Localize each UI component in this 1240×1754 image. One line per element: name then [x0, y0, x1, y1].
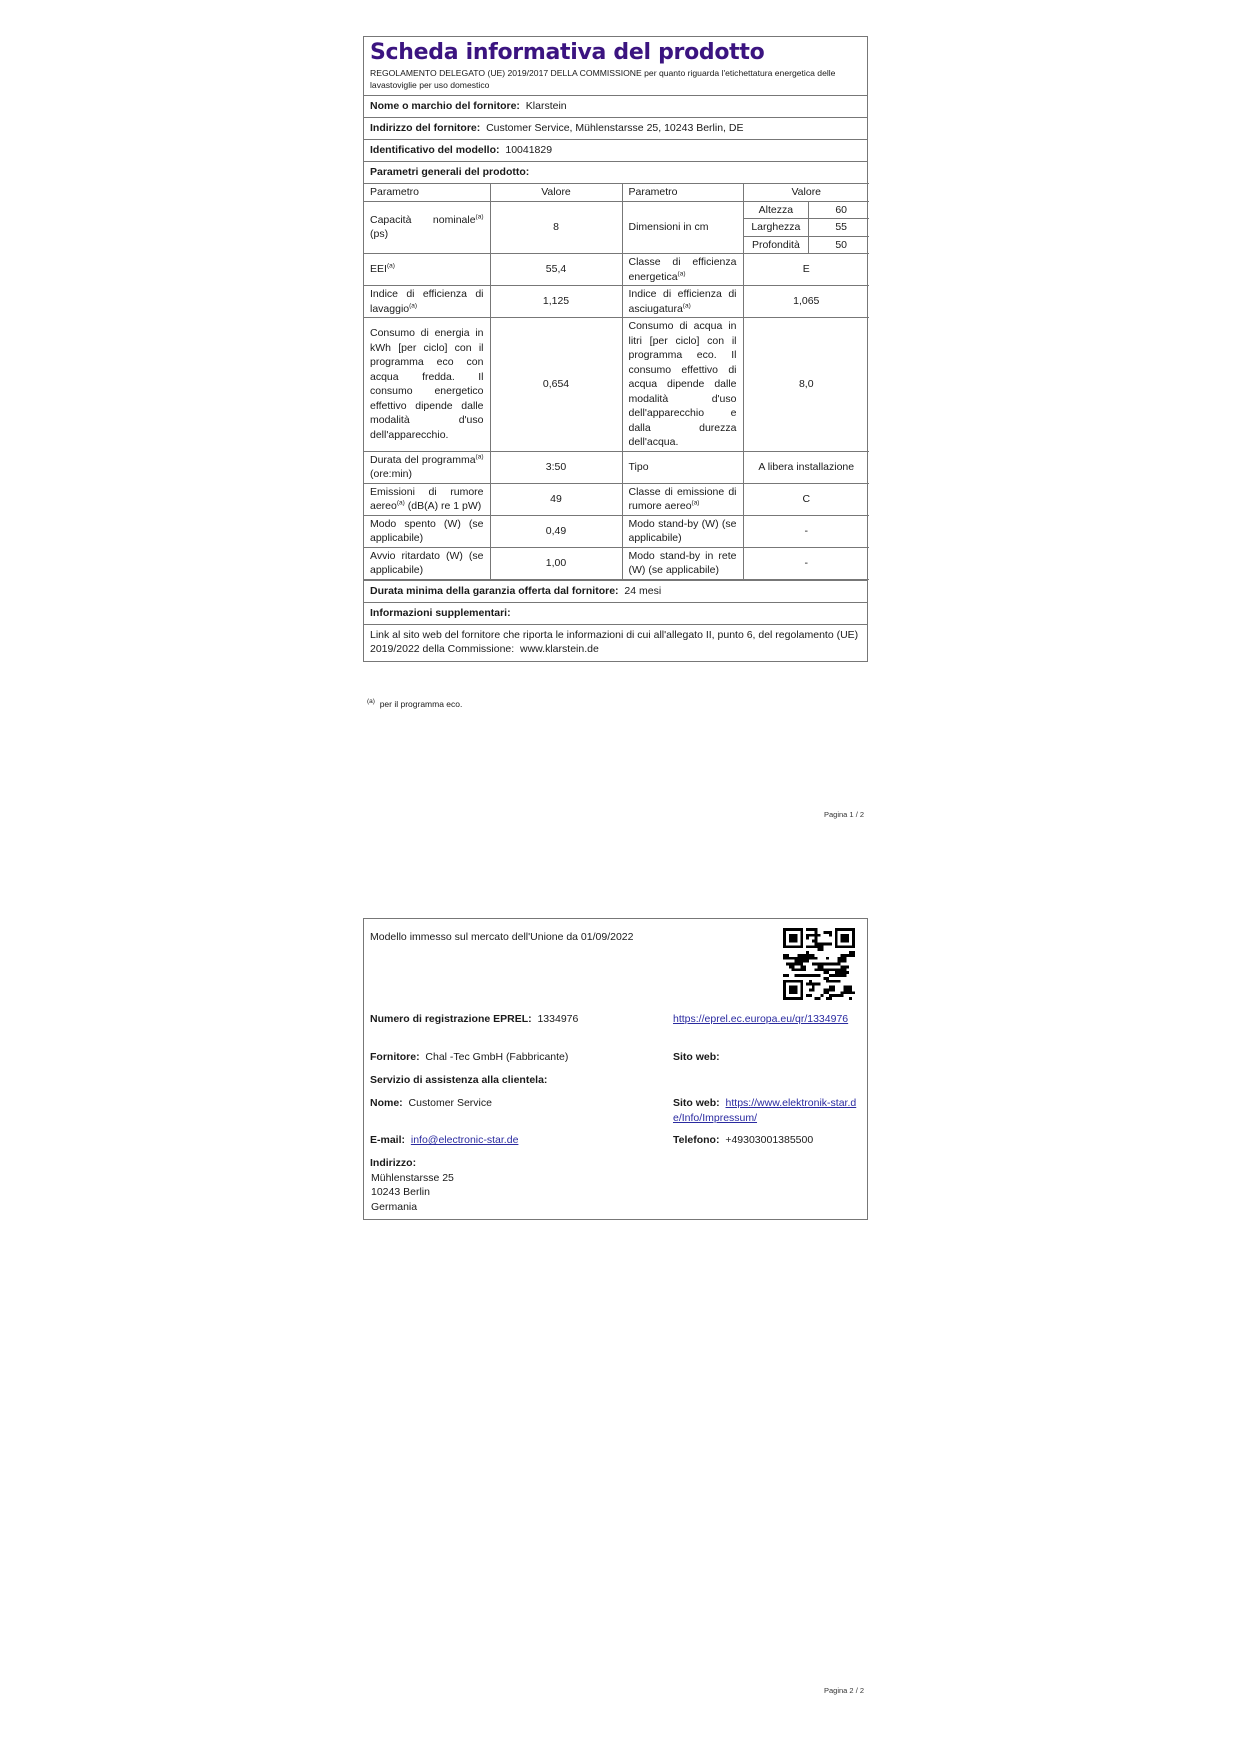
param-label: Indice di efficienza di lavaggio — [370, 288, 484, 315]
additional-info-row: Informazioni supplementari: — [364, 603, 867, 625]
header-value-1: Valore — [490, 184, 622, 202]
param-name-2: Modo stand-by in rete (W) (se applicabil… — [622, 547, 743, 579]
param-label: Durata del programma — [370, 454, 476, 466]
name-value: Customer Service — [409, 1097, 492, 1109]
param-name: Avvio ritardato (W) (se applicabile) — [364, 547, 490, 579]
dimension-label: Altezza — [744, 202, 809, 219]
supplier-label: Fornitore: — [370, 1051, 420, 1063]
email-link[interactable]: info@electronic-star.de — [411, 1134, 519, 1146]
param-label: Dimensioni in cm — [629, 221, 709, 233]
phone-value: +49303001385500 — [725, 1134, 813, 1146]
name-label: Nome: — [370, 1097, 403, 1109]
param-label: Consumo di energia in kWh [per ciclo] co… — [370, 327, 484, 441]
param-name-2: Tipo — [622, 451, 743, 483]
param-value: 0,49 — [490, 515, 622, 547]
market-date-text: Modello immesso sul mercato dell'Unione … — [370, 930, 633, 945]
footnote-ref: (a) — [692, 500, 700, 507]
param-name: Durata del programma(a) (ore:min) — [364, 451, 490, 483]
table-row: Capacità nominale(a) (ps)8Dimensioni in … — [364, 201, 869, 254]
eprel-row: Numero di registrazione EPREL: 1334976 — [370, 1012, 578, 1027]
header-value-2: Valore — [743, 184, 869, 202]
param-value-2: E — [743, 254, 869, 286]
supplier-address-label: Indirizzo del fornitore: — [370, 122, 480, 134]
param-value: 8 — [490, 201, 622, 254]
table-row: Avvio ritardato (W) (se applicabile)1,00… — [364, 547, 869, 579]
supplier-name-value: Klarstein — [526, 100, 567, 112]
header-param-2: Parametro — [622, 184, 743, 202]
param-value: 55,4 — [490, 254, 622, 286]
param-name-2: Consumo di acqua in litri [per ciclo] co… — [622, 318, 743, 452]
param-value-2: 1,065 — [743, 286, 869, 318]
page-title: Scheda informativa del prodotto — [364, 37, 867, 67]
table-row: Modo spento (W) (se applicabile)0,49Modo… — [364, 515, 869, 547]
supplier-name-label: Nome o marchio del fornitore: — [370, 100, 520, 112]
warranty-value: 24 mesi — [624, 585, 661, 597]
table-row: EEI(a)55,4Classe di efficienza energetic… — [364, 254, 869, 286]
footnote-mark: (a) — [367, 698, 375, 705]
eprel-label: Numero di registrazione EPREL: — [370, 1013, 532, 1025]
param-name-2: Modo stand-by (W) (se applicabile) — [622, 515, 743, 547]
dimensions-table: Altezza60Larghezza55Profondità50 — [744, 202, 870, 254]
param-value: 1,125 — [490, 286, 622, 318]
supplier-value: Chal -Tec GmbH (Fabbricante) — [425, 1051, 568, 1063]
param-label: Capacità nominale — [370, 214, 476, 226]
footnote-ref: (a) — [476, 213, 484, 220]
param-label: EEI — [370, 263, 387, 275]
dimension-row: Altezza60 — [744, 202, 870, 219]
dimension-row: Profondità50 — [744, 236, 870, 253]
website-row: Sito web: — [673, 1050, 720, 1065]
page-number-1: Pagina 1 / 2 — [824, 810, 864, 819]
param-value-2: - — [743, 515, 869, 547]
customer-service-label: Servizio di assistenza alla clientela: — [370, 1074, 547, 1086]
email-label: E-mail: — [370, 1134, 405, 1146]
supplier-name-row: Nome o marchio del fornitore: Klarstein — [364, 96, 867, 118]
regulation-text: REGOLAMENTO DELEGATO (UE) 2019/2017 DELL… — [364, 67, 867, 96]
param-label: Modo spento (W) (se applicabile) — [370, 518, 484, 545]
eprel-value: 1334976 — [537, 1013, 578, 1025]
supplier-row: Fornitore: Chal -Tec GmbH (Fabbricante) — [370, 1050, 568, 1065]
dimension-label: Profondità — [744, 236, 809, 253]
general-params-label: Parametri generali del prodotto: — [370, 166, 529, 178]
model-id-label: Identificativo del modello: — [370, 144, 500, 156]
param-value: 0,654 — [490, 318, 622, 452]
footnote: (a) per il programma eco. — [367, 699, 462, 709]
dimension-label: Larghezza — [744, 219, 809, 237]
supplier-link-url[interactable]: www.klarstein.de — [520, 643, 599, 655]
general-params-row: Parametri generali del prodotto: — [364, 162, 867, 183]
table-row: Durata del programma(a) (ore:min)3:50Tip… — [364, 451, 869, 483]
footnote-ref: (a) — [476, 453, 484, 460]
dimensions-cell: Altezza60Larghezza55Profondità50 — [743, 201, 869, 254]
param-name: Consumo di energia in kWh [per ciclo] co… — [364, 318, 490, 452]
dimension-value: 60 — [809, 202, 869, 219]
param-name: Indice di efficienza di lavaggio(a) — [364, 286, 490, 318]
supplier-address-row: Indirizzo del fornitore: Customer Servic… — [364, 118, 867, 140]
dimension-row: Larghezza55 — [744, 219, 870, 237]
param-label: Modo stand-by in rete (W) (se applicabil… — [629, 550, 737, 577]
model-id-value: 10041829 — [505, 144, 552, 156]
param-unit: (ps) — [370, 228, 388, 240]
param-value-2: C — [743, 483, 869, 515]
param-name: Capacità nominale(a) (ps) — [364, 201, 490, 254]
dimension-value: 50 — [809, 236, 869, 253]
param-label: Classe di emissione di rumore aereo — [629, 486, 737, 513]
cs-website-row: Sito web: https://www.elektronik-star.de… — [673, 1096, 858, 1125]
warranty-row: Durata minima della garanzia offerta dal… — [364, 580, 867, 603]
table-row: Indice di efficienza di lavaggio(a)1,125… — [364, 286, 869, 318]
param-value-2: 8,0 — [743, 318, 869, 452]
param-label: Avvio ritardato (W) (se applicabile) — [370, 550, 484, 577]
address-block: Indirizzo: Mühlenstarsse 25 10243 Berlin… — [370, 1156, 454, 1214]
model-id-row: Identificativo del modello: 10041829 — [364, 140, 867, 162]
param-name: Modo spento (W) (se applicabile) — [364, 515, 490, 547]
product-info-sheet: Scheda informativa del prodotto REGOLAME… — [363, 36, 868, 662]
email-row: E-mail: info@electronic-star.de — [370, 1133, 518, 1148]
dimension-value: 55 — [809, 219, 869, 237]
qr-code-icon[interactable] — [783, 928, 855, 1000]
param-label: Consumo di acqua in litri [per ciclo] co… — [629, 320, 737, 448]
name-row: Nome: Customer Service — [370, 1096, 492, 1111]
footnote-ref: (a) — [683, 302, 691, 309]
eprel-link[interactable]: https://eprel.ec.europa.eu/qr/1334976 — [673, 1013, 848, 1025]
supplier-link-text: Link al sito web del fornitore che ripor… — [370, 629, 858, 655]
param-name: EEI(a) — [364, 254, 490, 286]
parameters-table: Parametro Valore Parametro Valore Capaci… — [364, 183, 869, 580]
param-name-2: Indice di efficienza di asciugatura(a) — [622, 286, 743, 318]
param-value-2: A libera installazione — [743, 451, 869, 483]
param-name-2: Classe di efficienza energetica(a) — [622, 254, 743, 286]
phone-row: Telefono: +49303001385500 — [673, 1133, 813, 1148]
supplier-link-row: Link al sito web del fornitore che ripor… — [364, 625, 867, 661]
param-label: Tipo — [629, 461, 649, 473]
param-name-2: Dimensioni in cm — [622, 201, 743, 254]
param-value: 3:50 — [490, 451, 622, 483]
cs-website-label: Sito web: — [673, 1097, 720, 1109]
header-param-1: Parametro — [364, 184, 490, 202]
footnote-ref: (a) — [397, 500, 405, 507]
page-number-2: Pagina 2 / 2 — [824, 1686, 864, 1695]
address-label: Indirizzo: — [370, 1157, 416, 1169]
phone-label: Telefono: — [673, 1134, 719, 1146]
footnote-ref: (a) — [678, 270, 686, 277]
footnote-ref: (a) — [387, 263, 395, 270]
table-header-row: Parametro Valore Parametro Valore — [364, 184, 869, 202]
param-unit: (dB(A) re 1 pW) — [405, 500, 481, 512]
customer-service-heading: Servizio di assistenza alla clientela: — [370, 1073, 547, 1088]
param-name-2: Classe di emissione di rumore aereo(a) — [622, 483, 743, 515]
additional-info-label: Informazioni supplementari: — [370, 607, 511, 619]
footnote-text: per il programma eco. — [380, 699, 463, 709]
param-value: 49 — [490, 483, 622, 515]
param-name: Emissioni di rumore aereo(a) (dB(A) re 1… — [364, 483, 490, 515]
supplier-address-value: Customer Service, Mühlenstarsse 25, 1024… — [486, 122, 743, 134]
address-line: 10243 Berlin — [371, 1185, 454, 1200]
param-label: Modo stand-by (W) (se applicabile) — [629, 518, 737, 545]
param-unit: (ore:min) — [370, 468, 412, 480]
param-value-2: - — [743, 547, 869, 579]
table-row: Consumo di energia in kWh [per ciclo] co… — [364, 318, 869, 452]
table-row: Emissioni di rumore aereo(a) (dB(A) re 1… — [364, 483, 869, 515]
address-line: Mühlenstarsse 25 — [371, 1171, 454, 1186]
warranty-label: Durata minima della garanzia offerta dal… — [370, 585, 619, 597]
website-label: Sito web: — [673, 1051, 720, 1063]
address-line: Germania — [371, 1200, 454, 1215]
eprel-link-block: https://eprel.ec.europa.eu/qr/1334976 — [673, 1012, 853, 1027]
footnote-ref: (a) — [409, 302, 417, 309]
param-value: 1,00 — [490, 547, 622, 579]
